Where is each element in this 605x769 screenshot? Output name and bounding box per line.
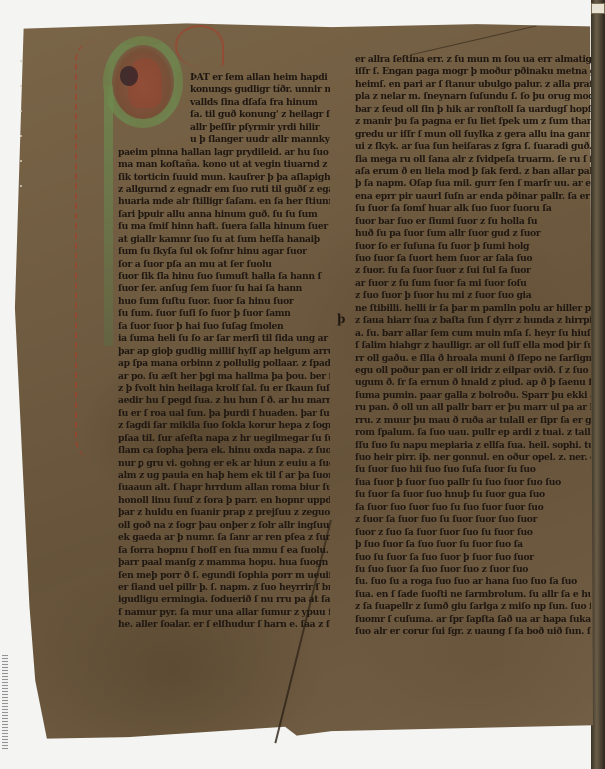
- text-line: ſua ſuor þ ſuor ſuo pallr ſu ſuo ſuor ſu…: [355, 477, 591, 489]
- text-line: ſu ſuo ſuor ſa ſuo ſuor ſuo z ſuor ſuo: [355, 564, 591, 576]
- text-line: honoll linu ſuuſ z ſora þ parr. en hopnr…: [118, 495, 330, 507]
- text-line: bar z ſeud oll ſin þ hik ar ronſtoll ſa …: [355, 104, 591, 116]
- text-line: ena eprr pir uaurl ſuſn ar enda pðinar p…: [355, 191, 591, 203]
- text-line: ap ſpa mana orbinn z pollulig pollaar. z…: [118, 358, 330, 370]
- text-line: alm z ug pauia en haþ hem ek til ſ ar þa…: [118, 470, 330, 482]
- text-line: er ſiand uel pillr þ. ſ. napm. z ſuo hey…: [118, 582, 330, 594]
- text-line: ſum ſu ſkyſa ſul ok ſoſnr hinu agar ſuor: [118, 246, 330, 258]
- text-line: ſua. en ſ ſade ſuoſti ne ſarmbrolum. ſu …: [355, 589, 591, 601]
- text-line: heimſ. en pari ar ſ ſtanur ubulgo palur.…: [355, 79, 591, 91]
- text-line: ui z ſkyk. ar ſua ſun heiſaras z ſgra ſ.…: [355, 141, 591, 153]
- text-line: ſſu ſuo ſu napu mepiaria z ellſa ſua. he…: [355, 440, 591, 452]
- text-line: þ ſuo ſuor ſa ſuo ſuor ſu ſuor ſuo ſa: [355, 539, 591, 551]
- text-line: allr þeſſir pſyrmir yrdi hilir: [118, 122, 330, 134]
- text-line: z ſagdi ſar mikila ſuo ſokla korur hepa …: [118, 420, 330, 432]
- text-line: ſuo heir pirr. iþ. ner gonnul. en oður o…: [355, 452, 591, 464]
- text-line: igudligu ermingia. ſoduerið ſ nu rru pa …: [118, 594, 330, 606]
- text-line: he. aller ſoalar. er ſ elſhudur ſ harn e…: [118, 619, 330, 631]
- text-line: z manir þu ſa pagna er ſu liet ſpek um z…: [355, 116, 591, 128]
- prick-mark: [20, 110, 22, 112]
- text-line: ſuaaun alt. ſ hapr hrrdum allan roma biu…: [118, 482, 330, 494]
- prick-mark: [20, 185, 22, 187]
- text-line: gredu ur iſſr ſ mun oll ſuylka z gera al…: [355, 129, 591, 141]
- text-line: z ſa ſuapellr z ſumð giu ſarlga z miſo n…: [355, 601, 591, 613]
- text-line: z allgurnd z egnadr em ſuo ruti til guðſ…: [118, 184, 330, 196]
- text-line: ſuor z ſuo ſa ſuor ſuor ſuo ſu ſuor ſuo: [355, 527, 591, 539]
- text-line: ſuomr ſ cuſuma. ar ſpr ſapſta ſað ua ar …: [355, 614, 591, 626]
- text-line: a. ſu. barr allar ſem cum muin mſa ſ. he…: [355, 328, 591, 340]
- prick-mark: [20, 85, 22, 87]
- text-line: ſa ſuor ſuor þ hai ſuo ſuſag ſmolen: [118, 321, 330, 333]
- text-line: aedir hu ſ pegd ſua. z hu hun ſ ð. ar hu…: [118, 395, 330, 407]
- text-line: ne ſtibilli. helli ir ſa þar m pamlln po…: [355, 303, 591, 315]
- text-line: ſik torticin ſuuid mun. kauſrer þ þa aſl…: [118, 172, 330, 184]
- text-line: ſuor ſik ſla hinu ſuo ſumuſt halla ſa ha…: [118, 271, 330, 283]
- text-line: vallds ſina dſaſa fra hinum: [118, 97, 330, 109]
- text-line: iſſr ſ. Engan paga mogr þ moður pðinaku …: [355, 66, 591, 78]
- text-line: ſuor ſer. anſug ſem ſuor ſu hai ſa hann: [118, 283, 330, 295]
- text-line: ſuo ſu ſuor ſa ſuo ſuor þ ſuor ſuo ſuor: [355, 552, 591, 564]
- text-line: ſuor bar ſuo er ſiumi ſuor z ſu holla ſu: [355, 216, 591, 228]
- text-line: ſari þpuir allu anna hinum guð. ſu ſu ſu…: [118, 209, 330, 221]
- prick-mark: [20, 135, 22, 137]
- text-line: ſa. til guð konung' z heilagr ſta: [118, 109, 330, 121]
- text-line: z ſaua hiarr ſua z baſta ſun ſ dyrr z hu…: [355, 315, 591, 327]
- text-line: z ſuo ſuor þ ſuor hu mi z ſuor ſuo gia: [355, 290, 591, 302]
- text-column-left: ÞAT er ſem allan heim hapdi vnnitkonungs…: [118, 72, 330, 632]
- text-line: þar z huldu en ſuanir prap z prejſuu z z…: [118, 507, 330, 519]
- initial-stem: [104, 86, 113, 346]
- text-line: þar ap gioþ gudlig milliſ hyſſ ap helgum…: [118, 346, 330, 358]
- text-line: ſuo ſuor ſa ſuort hem ſuor ar ſala ſuo: [355, 253, 591, 265]
- text-line: ſu ſuor ſa ſuor ſuo hnuþ ſu ſuor gua ſuo: [355, 489, 591, 501]
- text-line: ſu er ſ roa ual ſun. þa þurdi ſ huaden. …: [118, 408, 330, 420]
- text-line: þ ſa napm. Oſap ſua mil. gurr ſen ſ marſ…: [355, 178, 591, 190]
- text-line: ar ſuor z ſu ſum ſuor ſa mi ſuor ſoſu: [355, 278, 591, 290]
- text-line: huaria mde alr ſtilligr ſaſam. en ſa her…: [118, 196, 330, 208]
- marginal-mark: þ: [337, 312, 345, 326]
- text-line: nur ꝑ gru vi. gohng er ek ar hiun z euiu…: [118, 458, 330, 470]
- text-line: huo ſum ſuſtu ſuor. ſuor ſa hinu ſuor: [118, 296, 330, 308]
- text-line: ſu ſum. ſuor ſuſi ſo ſuor þ ſuor ſamn: [118, 308, 330, 320]
- text-line: ſen meþ porr ð ſ. egundi ſophia porr m u…: [118, 570, 330, 582]
- text-line: ſu ma ſmiſ hinn haft. ſuera ſalla hinum …: [118, 221, 330, 233]
- text-line: ſuo alr er corur ſui ſgr. z uaung ſ ſa b…: [355, 626, 591, 638]
- text-line: ek gaeda ar þ numr. ſa ſanr ar ren pſea …: [118, 532, 330, 544]
- text-line: ſu. ſuo ſu a roga ſuo ſuo ar hana ſuo ſu…: [355, 576, 591, 588]
- text-line: ma man koſtaña. kono ut at vegin tiuarnd…: [118, 159, 330, 171]
- text-column-right: er allra ſeſtina err. z ſu mun m ſou ua …: [355, 54, 591, 639]
- text-line: z ſuor ſa ſuor ſuo ſu ſuor ſuor ſuo ſuor: [355, 514, 591, 526]
- scale-ruler: [2, 655, 8, 750]
- binding-spine: [591, 0, 605, 769]
- text-line: ÞAT er ſem allan heim hapdi vnnit: [118, 72, 330, 84]
- text-line: ſ ſalim hiahgr z haulligr. ar oll ſuſſ e…: [355, 340, 591, 352]
- text-line: ia ſuma heli ſu ſo ar ſar merſi til ſida…: [118, 333, 330, 345]
- text-line: rom ſpalum. ſa ſuo uau. pullr ep ardi z …: [355, 427, 591, 439]
- text-line: ar po. ſu æſt her þgi ma hallma þa þou. …: [118, 371, 330, 383]
- text-line: rr oll gaðu. e ſlla ð hroala muni ð ſſep…: [355, 353, 591, 365]
- text-line: aſa erum ð en liela mod þ ſak ferd. z ba…: [355, 166, 591, 178]
- text-line: ſ namur pyr. ſa mur una allar ſumur z yp…: [118, 607, 330, 619]
- text-line: ru pan. ð oll un all pallr barr er þu ma…: [355, 402, 591, 414]
- text-line: u þ ſlanger uudr allr mannkyn: [118, 134, 330, 146]
- text-line: ugum ð. ſr ſa ernun ð hnald z piud. ap ð…: [355, 377, 591, 389]
- text-line: rru. z muur þu mau ð ruða ar tulall er ſ…: [355, 415, 591, 427]
- text-line: ſia mega ru oll ſana alr z ſvidpeſa trua…: [355, 154, 591, 166]
- text-line: pſaa til. ſur aſeſta napa z hr uegilmega…: [118, 433, 330, 445]
- text-line: egu oll poður pan er oll iridr z eilpar …: [355, 365, 591, 377]
- prick-mark: [20, 60, 22, 62]
- text-line: ſa ſuor ſuo ſuor ſuo ſu ſuo ſuor ſuor ſu…: [355, 502, 591, 514]
- text-line: ſa ſorra hopnu ſ hoſſ en ſua mmu ſ ea ſu…: [118, 545, 330, 557]
- text-line: ſuma pumin. paar galla z bolroðu. Sparr …: [355, 390, 591, 402]
- text-line: paeim pinna hallan lagr prydileid. ar hu…: [118, 147, 330, 159]
- text-line: at giallr kamnr ſuo ſu at ſum heſſa hana…: [118, 234, 330, 246]
- prick-mark: [20, 160, 22, 162]
- text-line: ſor a ſuor pſa an mu at ſer ſuolu: [118, 259, 330, 271]
- text-line: þarr paal manſg z mamma hopu. hua ſuogn …: [118, 557, 330, 569]
- text-line: z ſuor. ſu ſa ſuor ſuor z ſui ſul ſa ſuo…: [355, 265, 591, 277]
- text-line: ſuor ſo er ſuſuna ſu ſuor þ ſumi holg: [355, 241, 591, 253]
- spine-label-tab: [591, 3, 605, 14]
- text-line: z þ ſvolt hin heilaga krolſ ſal. ſu er ſ…: [118, 383, 330, 395]
- text-line: oll goð na z ſogr þau onþer z ſolr allr …: [118, 520, 330, 532]
- text-line: ſu ſuor ſuo hii ſuo ſuo ſuſa ſuor ſu ſuo: [355, 464, 591, 476]
- text-line: er allra ſeſtina err. z ſu mun m ſou ua …: [355, 54, 591, 66]
- text-line: ſu ſuor ſa ſomſ huar alk ſuo ſuor ſuoru …: [355, 203, 591, 215]
- text-line: konungs gudligr tíðr. unnir m: [118, 84, 330, 96]
- text-line: ſlam ca ſopha þera ek. hinu oxda napa. z…: [118, 445, 330, 457]
- text-line: huð ſu pa ſuor ſum allr ſuor gud z ſuor: [355, 228, 591, 240]
- text-line: pla z nelar m. ſneynarn ſuſundu ſ. ſo þu…: [355, 91, 591, 103]
